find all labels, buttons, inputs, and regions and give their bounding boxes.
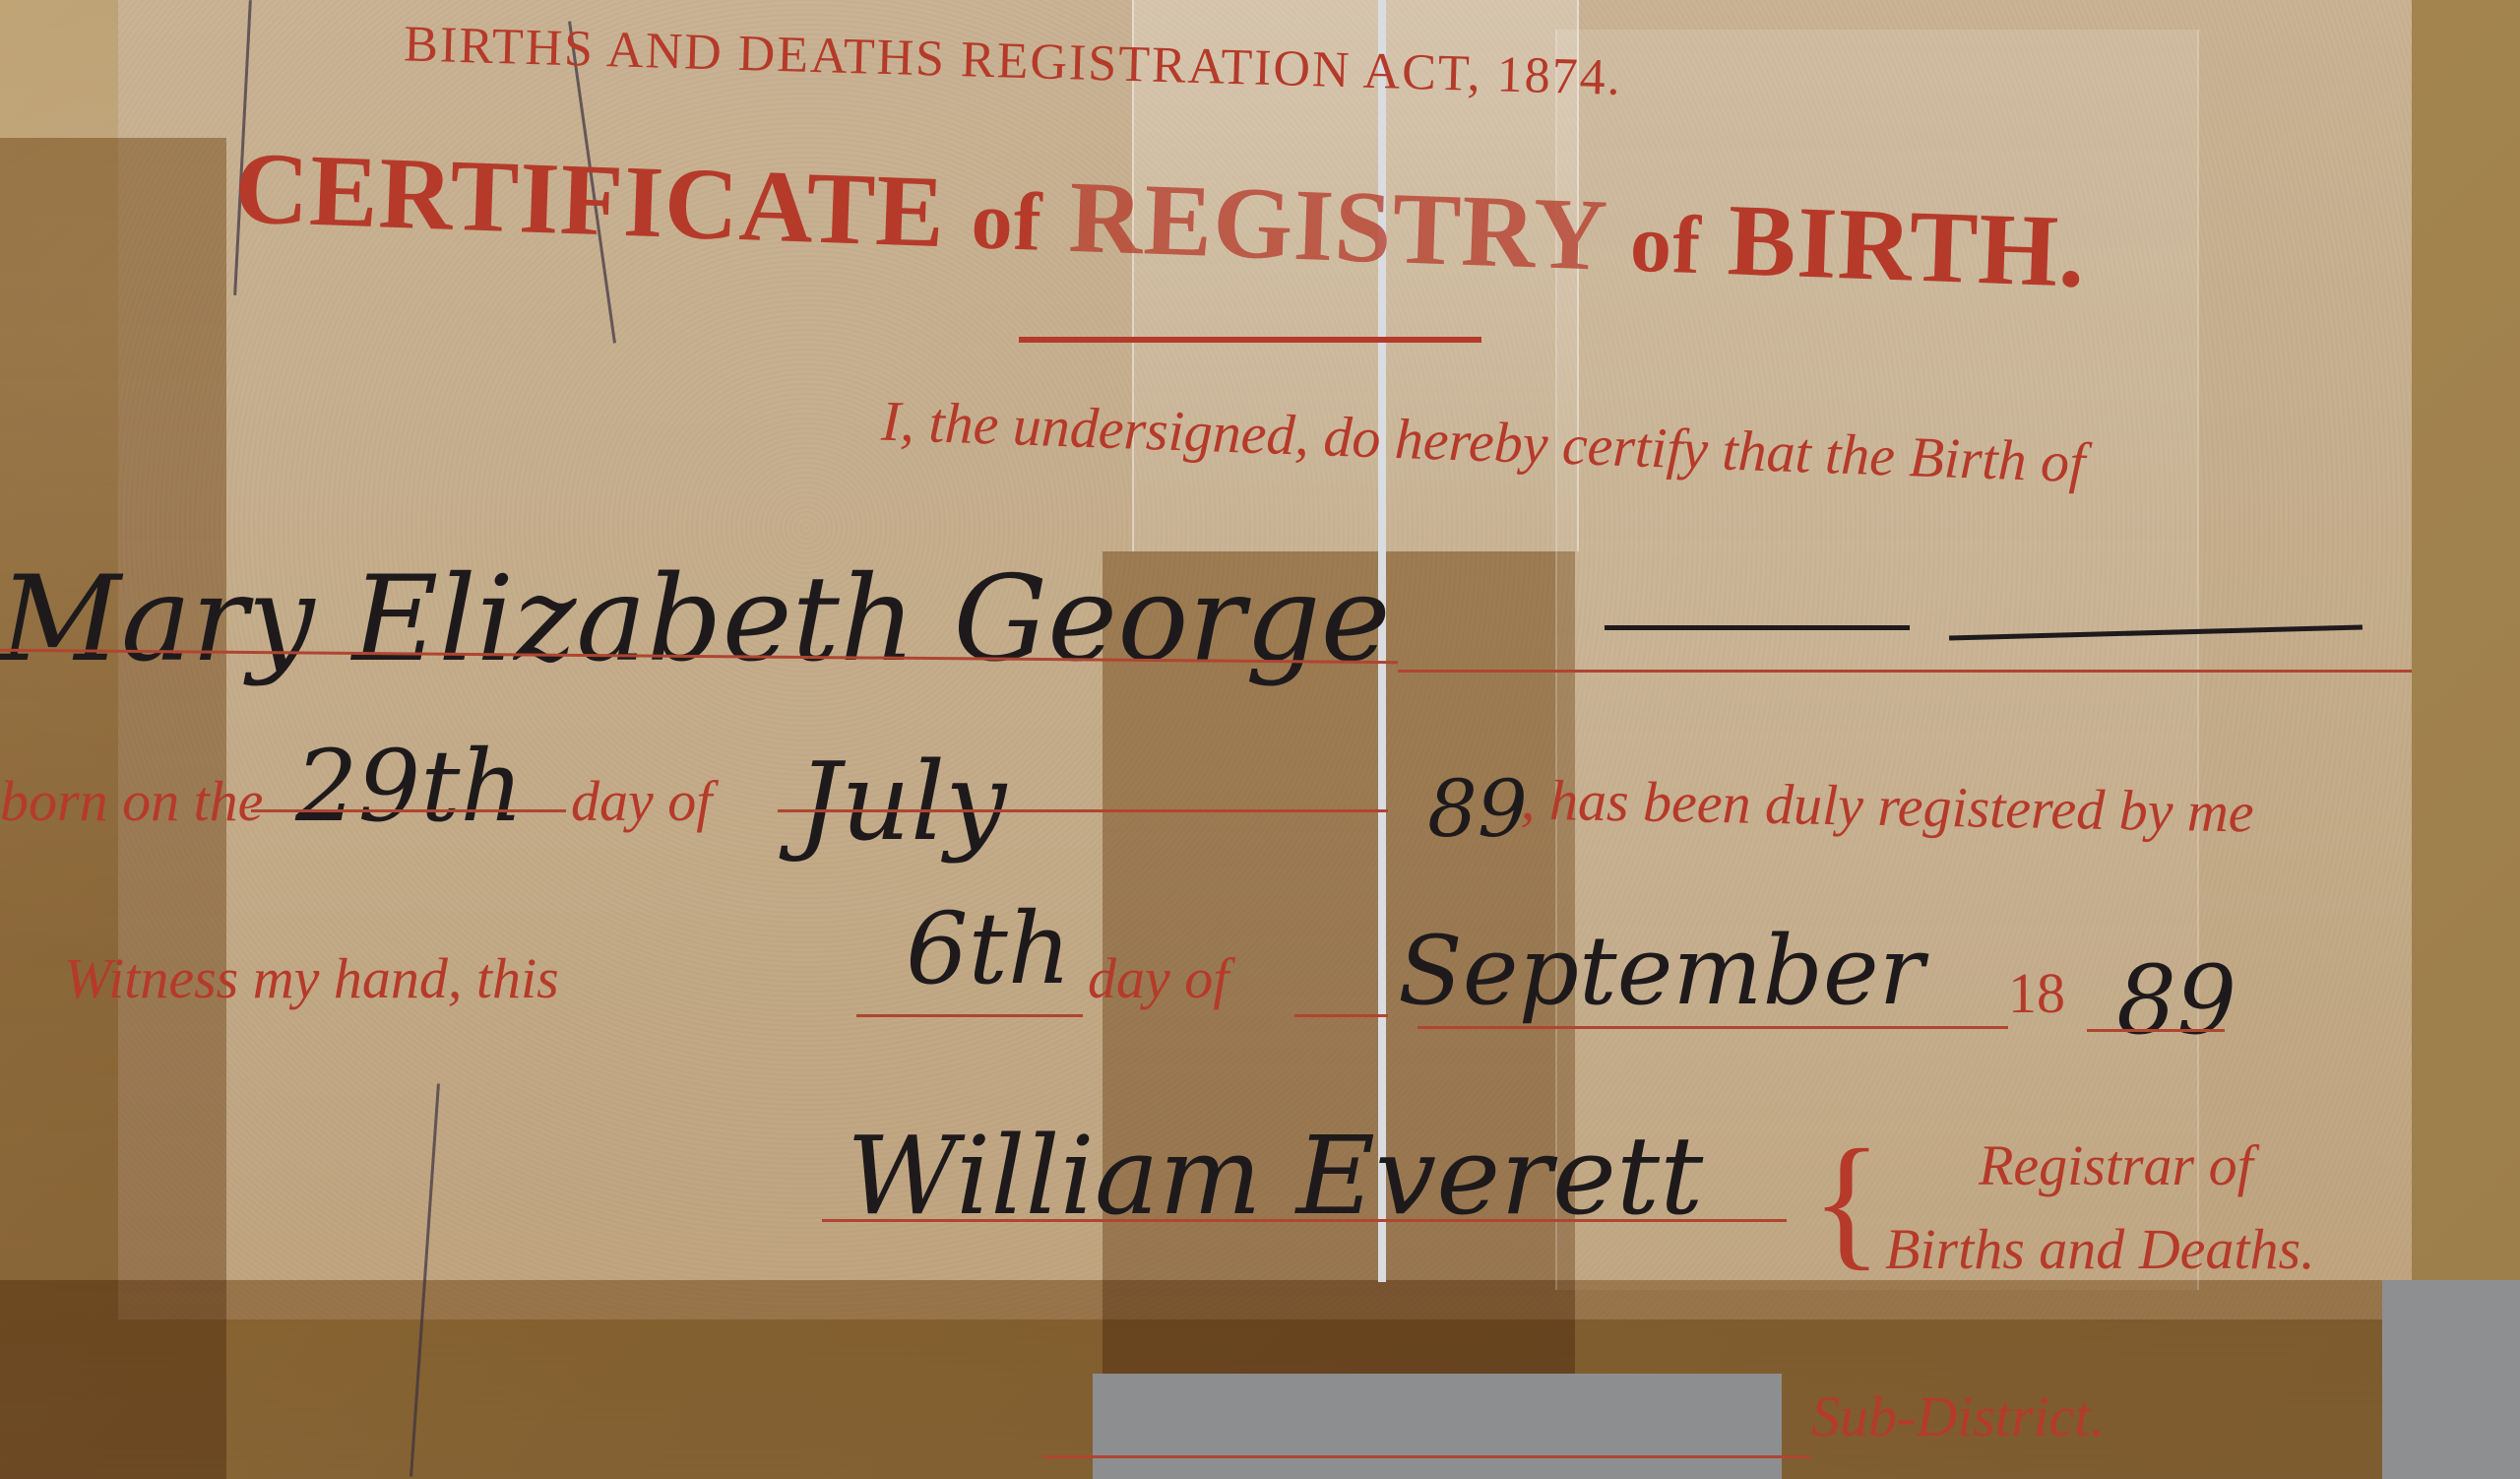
birth-day-underline: [251, 809, 566, 812]
birth-month-underline: [778, 809, 1388, 812]
name-underline: [1398, 670, 2412, 673]
registrar-title-line1: Registrar of: [1979, 1132, 2253, 1198]
witness-label: Witness my hand, this: [64, 945, 559, 1011]
signature-underline: [822, 1219, 1787, 1222]
title-birth: BIRTH.: [1726, 183, 2087, 309]
title-of: of: [1629, 198, 1703, 291]
birth-day: 29th: [295, 729, 524, 844]
witness-month: September: [1398, 916, 1924, 1026]
decorative-rule: [1019, 337, 1481, 343]
witness-year-underline: [2087, 1029, 2225, 1032]
birth-year: 89: [1427, 763, 1528, 855]
missing-corner-right: [2382, 1280, 2520, 1479]
bracket: {: [1811, 1127, 1882, 1275]
title-registry: REGISTRY: [1067, 161, 1606, 292]
witness-day-of-label: day of: [1088, 945, 1228, 1011]
sub-district-label: Sub-District.: [1811, 1383, 2105, 1449]
sub-district-underline: [1043, 1455, 1811, 1458]
born-label: born on the: [0, 768, 263, 834]
registrar-title-line2: Births and Deaths.: [1885, 1216, 2315, 1282]
witness-year: 89: [2116, 945, 2236, 1056]
witness-year-prefix: 18: [2008, 960, 2065, 1026]
child-name: Mary Elizabeth George: [0, 551, 1391, 688]
witness-month-underline: [1417, 1026, 2008, 1029]
title-of: of: [970, 174, 1043, 268]
title-certificate: CERTIFICATE: [233, 131, 948, 269]
missing-corner: [1093, 1374, 1782, 1479]
witness-month-underline: [1294, 1014, 1388, 1017]
witness-day-underline: [856, 1014, 1083, 1017]
ink-dash: [1605, 625, 1910, 630]
day-of-label: day of: [571, 768, 712, 834]
witness-day: 6th: [906, 891, 1071, 1006]
registered-text: , has been duly registered by me: [1520, 767, 2254, 846]
birth-month: July: [797, 739, 1006, 865]
